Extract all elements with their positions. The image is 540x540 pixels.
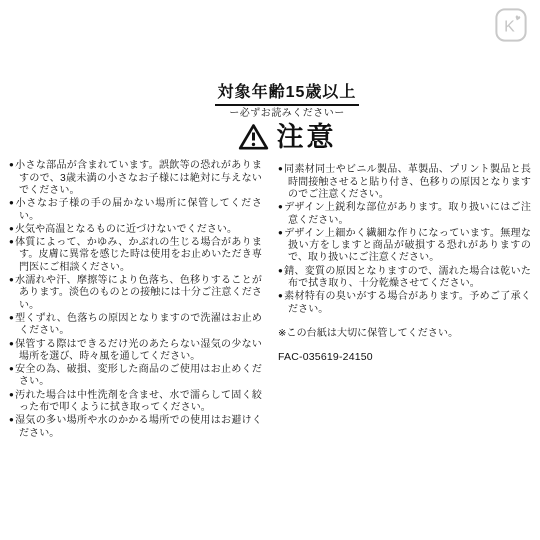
product-code: FAC-035619-24150	[278, 351, 531, 363]
caution-item: ●デザイン上細かく繊細な作りになっています。無理な扱い方をしますと商品が破損する…	[278, 227, 531, 265]
bullet-icon: ●	[9, 415, 14, 424]
bullet-icon: ●	[278, 266, 283, 275]
caution-item-text: 汚れた場合は中性洗剤を含ませ、水で濡らして固く絞った布で叩くように拭き取ってくだ…	[15, 390, 262, 413]
caution-column-right: ●同素材同士やビニル製品、革製品、プリント製品と長時間接触させると貼り付き、色移…	[278, 159, 531, 440]
caution-item-text: 錆、変質の原因となりますので、濡れた場合は乾いた布で拭き取り、十分乾燥させてくだ…	[284, 266, 531, 289]
caution-item-text: 小さな部品が含まれています。誤飲等の恐れがありますので、3歳未満の小さなお子様に…	[15, 160, 262, 196]
caution-title: 注意	[277, 124, 337, 151]
caution-columns: ●小さな部品が含まれています。誤飲等の恐れがありますので、3歳未満の小さなお子様…	[0, 159, 540, 440]
age-title: 対象年齢15歳以上	[215, 84, 360, 106]
bullet-icon: ●	[278, 228, 283, 237]
brand-logo: K ♥	[495, 8, 527, 42]
caution-heading: 注意	[34, 123, 540, 151]
caution-item: ●錆、変質の原因となりますので、濡れた場合は乾いた布で拭き取り、十分乾燥させてく…	[278, 265, 531, 291]
bullet-icon: ●	[9, 275, 14, 284]
caution-item-text: 小さなお子様の手の届かない場所に保管してください。	[16, 198, 262, 221]
bullet-icon: ●	[9, 390, 14, 399]
caution-item: ●体質によって、かゆみ、かぶれの生じる場合があります。皮膚に異常を感じた時は使用…	[9, 236, 262, 274]
caution-item-text: デザイン上鋭利な部位があります。取り扱いにはご注意ください。	[284, 202, 531, 225]
bullet-icon: ●	[278, 164, 283, 173]
caution-column-left: ●小さな部品が含まれています。誤飲等の恐れがありますので、3歳未満の小さなお子様…	[9, 159, 262, 440]
bullet-icon: ●	[278, 291, 283, 300]
bullet-icon: ●	[9, 224, 14, 233]
bullet-icon: ●	[9, 339, 14, 348]
caution-item-text: 火気や高温となるものに近づけないでください。	[15, 224, 237, 235]
warning-triangle-icon	[238, 123, 269, 151]
caution-item-text: 湿気の多い場所や水のかかる場所での使用はお避けください。	[15, 415, 262, 438]
caution-item-text: 体質によって、かゆみ、かぶれの生じる場合があります。皮膚に異常を感じた時は使用を…	[15, 237, 262, 273]
k-heart-logo-icon: K ♥	[495, 8, 527, 42]
bullet-icon: ●	[9, 237, 14, 246]
caution-item: ●素材特有の臭いがする場合があります。予めご了承ください。	[278, 290, 531, 316]
caution-item: ●安全の為、破損、変形した商品のご使用はお止めください。	[9, 363, 262, 389]
keep-card-note: ※この台紙は大切に保管してください。	[278, 328, 531, 340]
caution-item: ●同素材同士やビニル製品、革製品、プリント製品と長時間接触させると貼り付き、色移…	[278, 163, 531, 201]
bullet-icon: ●	[278, 202, 283, 211]
bullet-icon: ●	[9, 198, 15, 207]
caution-item: ●汚れた場合は中性洗剤を含ませ、水で濡らして固く絞った布で叩くように拭き取ってく…	[9, 389, 262, 415]
caution-item-text: 素材特有の臭いがする場合があります。予めご了承ください。	[284, 291, 531, 314]
caution-item-text: 保管する際はできるだけ光のあたらない湿気の少ない場所を選び、時々風を通してくださ…	[15, 339, 262, 362]
bullet-icon: ●	[9, 364, 14, 373]
caution-item-text: 安全の為、破損、変形した商品のご使用はお止めください。	[15, 364, 262, 387]
caution-item: ●型くずれ、色落ちの原因となりますので洗濯はお止めください。	[9, 312, 262, 338]
caution-item: ●火気や高温となるものに近づけないでください。	[9, 223, 262, 236]
caution-item-text: デザイン上細かく繊細な作りになっています。無理な扱い方をしますと商品が破損する恐…	[284, 228, 531, 264]
caution-item-text: 型くずれ、色落ちの原因となりますので洗濯はお止めください。	[15, 313, 262, 336]
caution-item: ●水濡れや汗、摩擦等により色落ち、色移りすることがあります。淡色のものとの接触に…	[9, 274, 262, 312]
bullet-icon: ●	[9, 313, 14, 322]
caution-item: ●デザイン上鋭利な部位があります。取り扱いにはご注意ください。	[278, 201, 531, 227]
caution-item: ●小さな部品が含まれています。誤飲等の恐れがありますので、3歳未満の小さなお子様…	[9, 159, 262, 197]
read-subtitle: ー必ずお読みくださいー	[34, 108, 540, 119]
caution-item: ●湿気の多い場所や水のかかる場所での使用はお避けください。	[9, 414, 262, 440]
bullet-icon: ●	[9, 160, 14, 169]
caution-item: ●保管する際はできるだけ光のあたらない湿気の少ない場所を選び、時々風を通してくだ…	[9, 338, 262, 364]
header: 対象年齢15歳以上 ー必ずお読みくださいー 注意	[34, 0, 540, 151]
caution-item-text: 同素材同士やビニル製品、革製品、プリント製品と長時間接触させると貼り付き、色移り…	[284, 164, 531, 200]
caution-item: ●小さなお子様の手の届かない場所に保管してください。	[9, 197, 262, 223]
caution-item-text: 水濡れや汗、摩擦等により色落ち、色移りすることがあります。淡色のものとの接触には…	[15, 275, 262, 311]
